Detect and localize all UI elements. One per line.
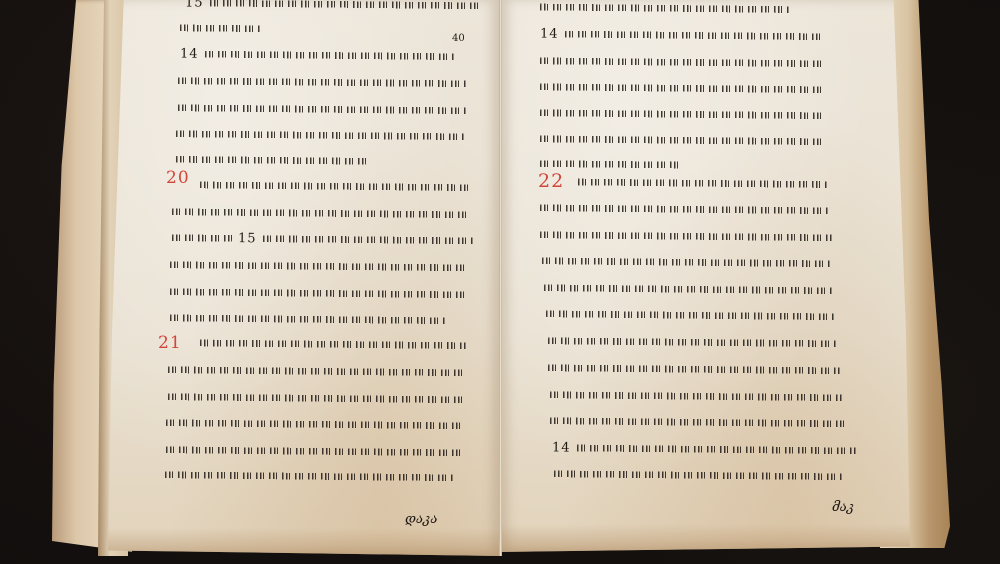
manuscript-line xyxy=(540,79,824,98)
book-gutter xyxy=(499,0,502,556)
manuscript-line xyxy=(168,361,464,380)
manuscript-line xyxy=(170,256,466,275)
manuscript-line xyxy=(540,131,824,150)
manuscript-line xyxy=(540,53,822,72)
manuscript-line xyxy=(548,359,840,378)
manuscript-line xyxy=(540,105,824,124)
manuscript-line xyxy=(548,332,838,351)
manuscript-line xyxy=(542,252,832,271)
manuscript-line xyxy=(180,20,260,37)
manuscript-line xyxy=(546,305,836,324)
manuscript-line xyxy=(200,335,466,354)
manuscript-line: 14 xyxy=(180,46,455,65)
manuscript-line xyxy=(540,0,790,17)
manuscript-line xyxy=(165,466,455,485)
manuscript-line xyxy=(578,174,828,193)
manuscript-line: 14 xyxy=(552,439,857,458)
manuscript-line xyxy=(178,72,468,91)
manuscript-line xyxy=(550,412,846,431)
manuscript-line xyxy=(170,283,466,302)
margin-annotation: 40 xyxy=(452,33,465,44)
rubric-numeral: 21 xyxy=(158,333,182,353)
manuscript-line xyxy=(540,226,832,245)
manuscript-line xyxy=(170,310,446,329)
manuscript-line: 15 xyxy=(172,229,473,248)
manuscript-line xyxy=(200,177,468,196)
manuscript-line xyxy=(172,203,468,222)
rubric-numeral: 22 xyxy=(538,170,564,192)
rubric-numeral: 20 xyxy=(166,168,190,188)
catchword: მაკ xyxy=(832,500,854,515)
manuscript-line xyxy=(554,465,844,484)
manuscript-line xyxy=(176,125,466,144)
manuscript-line xyxy=(166,414,462,433)
manuscript-line xyxy=(550,386,842,405)
manuscript-line xyxy=(166,441,462,460)
catchword: დაკა xyxy=(405,512,438,527)
manuscript-line: 14 xyxy=(540,26,825,45)
manuscript-line xyxy=(168,388,464,407)
manuscript-line xyxy=(540,199,830,218)
manuscript-line xyxy=(178,99,468,118)
manuscript-line xyxy=(544,279,834,298)
manuscript-line xyxy=(176,151,366,169)
